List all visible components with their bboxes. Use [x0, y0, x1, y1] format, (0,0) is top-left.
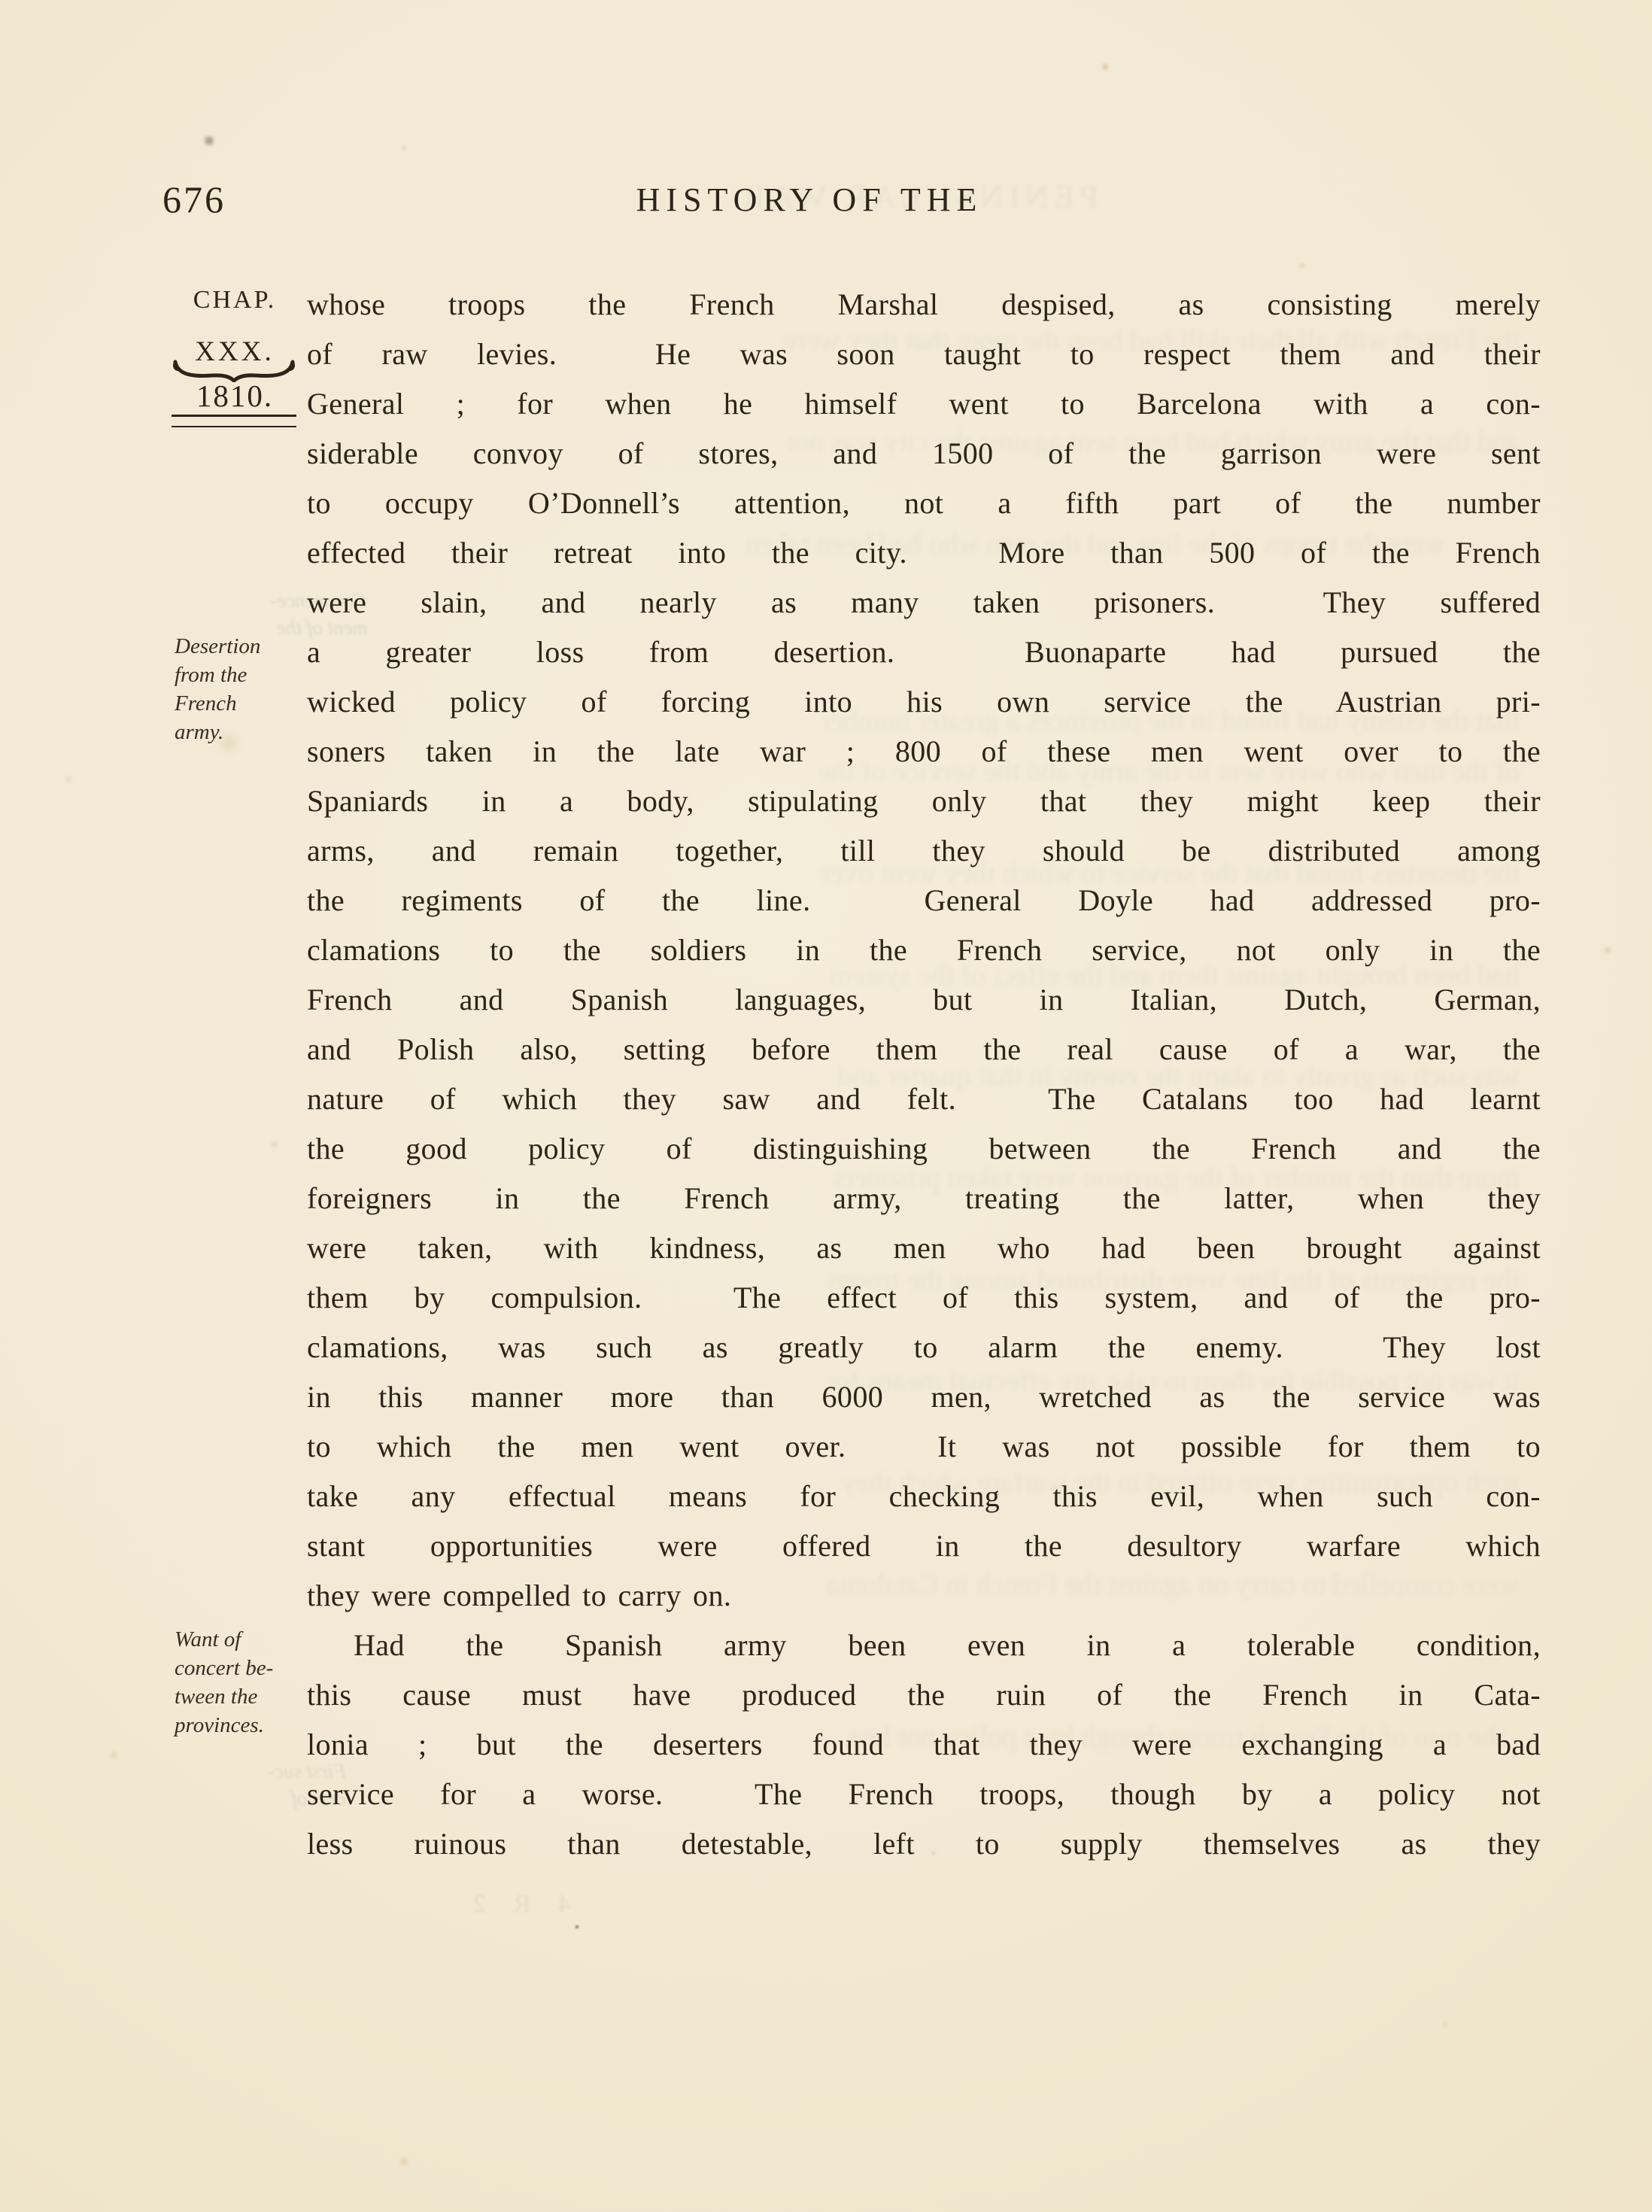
side-note-line: Desertion — [175, 632, 310, 661]
year-label: 1810. — [170, 378, 299, 414]
body-text-line: take any effectual means for checking th… — [307, 1472, 1541, 1521]
body-text-line: this cause must have produced the ruin o… — [307, 1670, 1541, 1720]
body-text-line: Had the Spanish army been even in a tole… — [307, 1621, 1541, 1670]
body-text-line: the regiments of the line. General Doyle… — [307, 876, 1541, 925]
body-text-line: wicked policy of forcing into his own se… — [307, 677, 1541, 727]
body-text-line: to occupy O’Donnell’s attention, not a f… — [307, 479, 1541, 528]
body-text-line: the good policy of distinguishing betwee… — [307, 1124, 1541, 1174]
body-text-line: General ; for when he himself went to Ba… — [307, 379, 1541, 429]
body-text-line: they were compelled to carry on. — [307, 1571, 1541, 1621]
side-note-desertion: Desertionfrom theFrencharmy. — [175, 632, 310, 746]
body-text-line: soners taken in the late war ; 800 of th… — [307, 727, 1541, 776]
body-text-line: clamations to the soldiers in the French… — [307, 925, 1541, 975]
body-text-line: French and Spanish languages, but in Ita… — [307, 975, 1541, 1025]
body-text-line: were taken, with kindness, as men who ha… — [307, 1223, 1541, 1273]
foxing-specks — [0, 0, 2, 2]
body-text-line: less ruinous than detestable, left to su… — [307, 1819, 1541, 1869]
body-text-line: stant opportunities were offered in the … — [307, 1521, 1541, 1571]
body-text-line: were slain, and nearly as many taken pri… — [307, 578, 1541, 627]
side-note-line: Want of — [175, 1625, 310, 1654]
side-note-line: from the — [175, 661, 310, 689]
body-text-line: to which the men went over. It was not p… — [307, 1422, 1541, 1472]
body-text-column: whose troops the French Marshal despised… — [307, 280, 1541, 1869]
body-text-line: and Polish also, setting before them the… — [307, 1025, 1541, 1074]
body-text-line: service for a worse. The French troops, … — [307, 1770, 1541, 1819]
side-note-line: tween the — [175, 1682, 310, 1711]
double-rule — [172, 415, 296, 427]
book-page-scan: PENINSULAR WAR the French with all their… — [0, 0, 1652, 2212]
side-note-line: French — [175, 689, 310, 718]
body-text-line: them by compulsion. The effect of this s… — [307, 1273, 1541, 1323]
side-note-want-of-concert: Want ofconcert be-tween theprovinces. — [175, 1625, 310, 1740]
running-head-title: HISTORY OF THE — [0, 181, 1635, 219]
body-text-line: lonia ; but the deserters found that the… — [307, 1720, 1541, 1770]
body-text-line: whose troops the French Marshal despised… — [307, 280, 1541, 330]
body-text-line: clamations, was such as greatly to alarm… — [307, 1323, 1541, 1372]
body-text-line: a greater loss from desertion. Buonapart… — [307, 627, 1541, 677]
body-text-line: arms, and remain together, till they sho… — [307, 826, 1541, 876]
body-text-line: Spaniards in a body, stipulating only th… — [307, 776, 1541, 826]
showthrough-signature-mark: 4 R 2 — [463, 1890, 571, 1919]
chapter-label: CHAP. — [170, 286, 299, 314]
body-text-line: foreigners in the French army, treating … — [307, 1174, 1541, 1223]
body-text-line: siderable convoy of stores, and 1500 of … — [307, 429, 1541, 479]
side-note-line: army. — [175, 718, 310, 746]
body-text-line: effected their retreat into the city. Mo… — [307, 528, 1541, 578]
side-note-line: provinces. — [175, 1711, 310, 1740]
body-text-line: in this manner more than 6000 men, wretc… — [307, 1372, 1541, 1422]
body-text-line: of raw levies. He was soon taught to res… — [307, 330, 1541, 379]
body-text-line: nature of which they saw and felt. The C… — [307, 1074, 1541, 1124]
side-note-line: concert be- — [175, 1654, 310, 1682]
